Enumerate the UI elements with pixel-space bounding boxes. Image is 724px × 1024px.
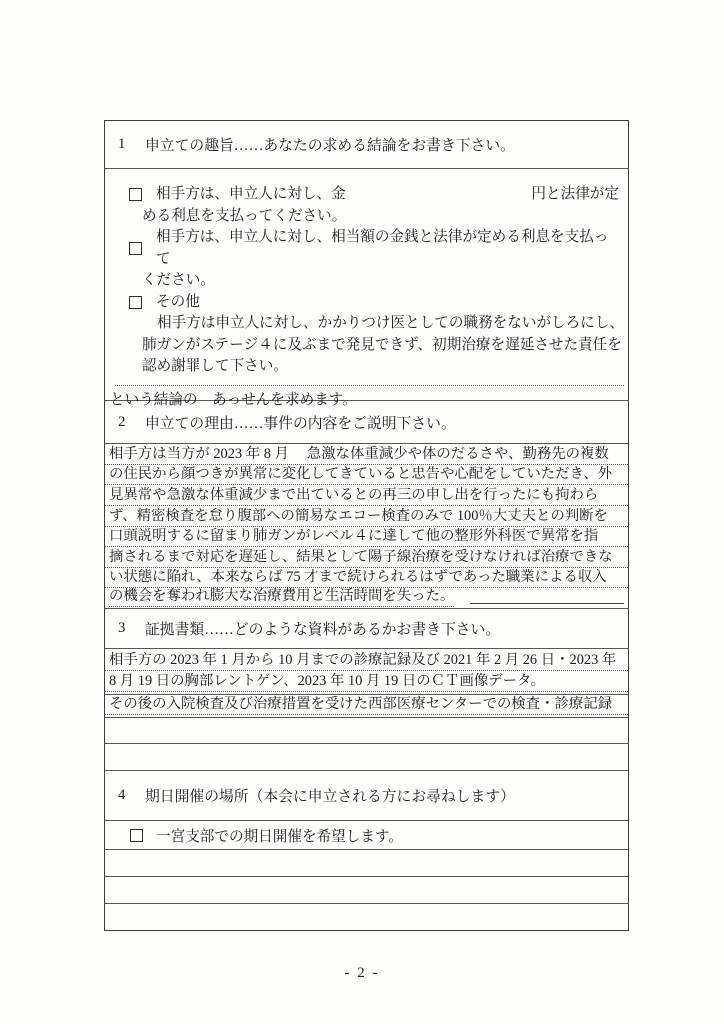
section4-number: 4 — [118, 787, 145, 804]
checkbox-icon[interactable] — [130, 829, 143, 842]
option3-detail-line1: 相手方は申立人に対し、かかりつけ医としての職務をないがしろにし、 — [157, 313, 628, 335]
section3-answer-row2: その後の入院検査及び治療措置を受けた西部医療センターでの検査・診療記録 — [105, 695, 628, 718]
checkbox-icon[interactable] — [129, 296, 142, 309]
section2-number: 2 — [118, 414, 145, 431]
section3-title: 証拠書類……どのような資料があるかお書き下さい。 — [145, 618, 500, 639]
section4-empty-row — [105, 904, 628, 930]
dotted-separator — [115, 385, 624, 386]
checkbox-icon[interactable] — [129, 188, 142, 201]
option1-text-before-amount: 相手方は、申立人に対し、金 — [156, 184, 346, 206]
option2-line2: ください。 — [142, 270, 628, 292]
section2-answer: 相手方は当方が 2023 年 8 月 急激な体重減少や体のだるさや、勤務先の複数… — [105, 444, 628, 609]
section3-answer-row1: 相手方の 2023 年 1 月から 10 月までの診療記録及び 2021 年 2… — [105, 649, 628, 695]
answer-line: 摘されるまで対応を遅延し、結果として陽子線治療を受けなければ治療できな — [105, 547, 628, 568]
answer-line: い状態に陥れ、本来ならば 75 才まで続けられるはずであった職業による収入 — [105, 568, 628, 589]
section4-empty-row — [105, 877, 628, 904]
section2-title: 申立ての理由……事件の内容をご説明下さい。 — [145, 412, 456, 433]
option2-line1: 相手方は、申立人に対し、相当額の金銭と法律が定める利息を支払って — [105, 227, 628, 270]
option2-text: 相手方は、申立人に対し、相当額の金銭と法律が定める利息を支払って — [156, 227, 619, 270]
answer-line: 8 月 19 日の胸部レントゲン、2023 年 10 月 19 日のＣＴ画像デー… — [105, 671, 628, 693]
option1-text-after-amount: 円と法律が定 — [531, 184, 619, 206]
answer-line: 相手方は当方が 2023 年 8 月 急激な体重減少や体のだるさや、勤務先の複数 — [105, 444, 628, 465]
option3-detail-line2: 肺ガンがステージ４に及ぶまで発見できず、初期治療を遅延させた責任を — [142, 335, 628, 357]
trailing-rule-line — [470, 603, 624, 604]
answer-line: 見異常や急激な体重減少まで出ているとの再三の申し出を行ったにも拘わら — [105, 485, 628, 506]
answer-line: その後の入院検査及び治療措置を受けた西部医療センターでの検査・診療記録 — [105, 695, 628, 715]
section4-empty-row — [105, 850, 628, 877]
answer-last-line: の機会を奪われ膨大な治療費用と生活時間を失った。 — [105, 588, 628, 608]
section1-title: 申立ての趣旨……あなたの求める結論をお書き下さい。 — [145, 134, 515, 155]
checkbox-icon[interactable] — [129, 242, 142, 255]
section4-title: 期日開催の場所（本会に申立される方にお尋ねします） — [145, 785, 515, 806]
scanned-petition-page: 1 申立ての趣旨……あなたの求める結論をお書き下さい。 相手方は、申立人に対し、… — [0, 0, 724, 1024]
section3-number: 3 — [118, 620, 145, 637]
answer-line: 相手方の 2023 年 1 月から 10 月までの診療記録及び 2021 年 2… — [105, 649, 628, 671]
option3-detail-line3: 認め謝罪して下さい。 — [142, 356, 628, 378]
answer-line: 口頭説明するに留まり肺ガンがレベル４に達して他の整形外科医で異常を指 — [105, 527, 628, 548]
section3-empty-row — [105, 718, 628, 744]
section4-option-label: 一宮支部での期日開催を希望します。 — [156, 825, 403, 846]
option1-line2: める利息を支払ってください。 — [142, 206, 628, 228]
answer-line: ず、精密検査を怠り腹部への簡易なエコー検査のみで 100％大丈夫との判断を — [105, 506, 628, 527]
option3-line: その他 — [105, 292, 628, 314]
section4-option-row: 一宮支部での期日開催を希望します。 — [105, 821, 628, 850]
option3-label: その他 — [156, 292, 200, 314]
answer-line: の住民から顔つきが異常に変化してきていると忠告や心配をしていただき、外 — [105, 465, 628, 486]
section3-empty-row — [105, 744, 628, 771]
section3-header: 3 証拠書類……どのような資料があるかお書き下さい。 — [105, 609, 628, 649]
page-number: - 2 - — [0, 965, 724, 982]
option1-line1: 相手方は、申立人に対し、金 円と法律が定 — [105, 184, 628, 206]
section1-content: 相手方は、申立人に対し、金 円と法律が定 める利息を支払ってください。 相手方は… — [105, 169, 628, 401]
petition-form-table: 1 申立ての趣旨……あなたの求める結論をお書き下さい。 相手方は、申立人に対し、… — [104, 120, 629, 931]
section1-number: 1 — [118, 136, 145, 153]
section1-header: 1 申立ての趣旨……あなたの求める結論をお書き下さい。 — [105, 121, 628, 169]
answer-line-text: の機会を奪われ膨大な治療費用と生活時間を失った。 — [109, 588, 454, 607]
section4-header: 4 期日開催の場所（本会に申立される方にお尋ねします） — [105, 771, 628, 821]
